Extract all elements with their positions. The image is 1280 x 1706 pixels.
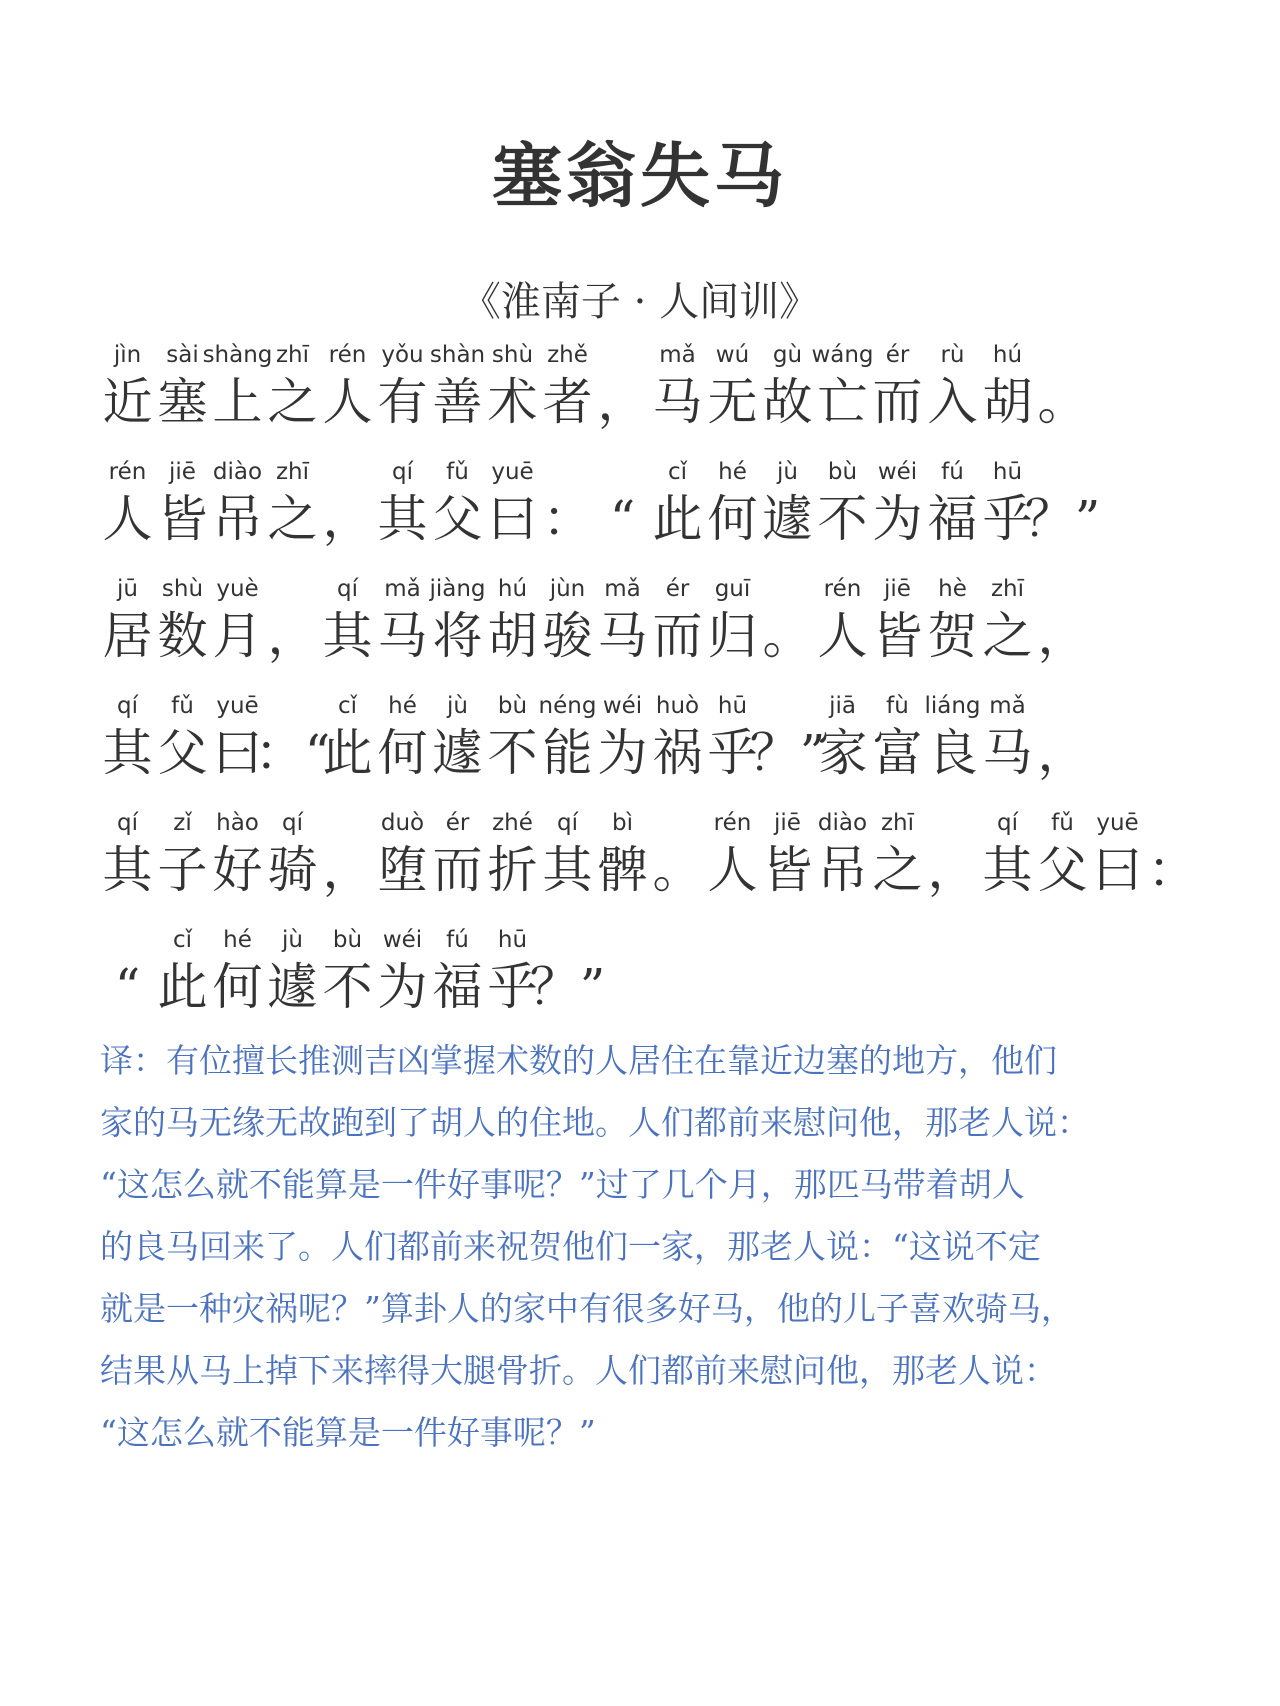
ruby-cell: wáng亡 [815, 338, 870, 432]
ruby-cell: yuē曰 [485, 455, 540, 549]
ruby-cell: diào吊 [815, 806, 870, 900]
pinyin: gù [773, 338, 802, 372]
pinyin: jiàng [429, 572, 485, 606]
hanzi: 吊 [213, 489, 263, 549]
hanzi: 良 [928, 723, 978, 783]
ruby-cell: ， [1035, 572, 1090, 666]
pinyin: zǐ [173, 806, 191, 840]
hanzi: 而 [873, 372, 923, 432]
hanzi: 曰 [1093, 840, 1143, 900]
hanzi: 亡 [818, 372, 868, 432]
hanzi: 何 [708, 489, 758, 549]
hanzi: 父 [158, 723, 208, 783]
ruby-cell: ， [320, 806, 375, 900]
hanzi: 月 [213, 606, 263, 666]
pinyin: shàn [430, 338, 485, 372]
hanzi: 遽 [763, 489, 813, 549]
hanzi: 遽 [433, 723, 483, 783]
pinyin: duò [381, 806, 424, 840]
hanzi: 吊 [818, 840, 868, 900]
hanzi: 家 [818, 723, 868, 783]
hanzi: 善 [433, 372, 483, 432]
ruby-cell: zhī之 [980, 572, 1035, 666]
ruby-cell: 。 [650, 806, 705, 900]
ruby-cell: jù遽 [265, 923, 320, 1017]
ruby-cell: rén人 [815, 572, 870, 666]
pinyin: hū [993, 455, 1022, 489]
hanzi: 富 [873, 723, 923, 783]
pinyin: wéi [603, 689, 642, 723]
pinyin: ér [886, 338, 910, 372]
pinyin: hé [388, 689, 417, 723]
hanzi: 其 [103, 840, 153, 900]
hanzi: 人 [103, 489, 153, 549]
hanzi: 不 [818, 489, 868, 549]
ruby-cell: zǐ子 [155, 806, 210, 900]
hanzi: ， [1038, 723, 1088, 783]
pinyin: wáng [811, 338, 873, 372]
pinyin: jiē [774, 806, 801, 840]
ruby-cell: zhě者 [540, 338, 595, 432]
hanzi: 折 [488, 840, 538, 900]
hanzi: 贺 [928, 606, 978, 666]
pinyin: cǐ [173, 923, 192, 957]
pinyin: qí [337, 572, 358, 606]
hanzi: 能 [543, 723, 593, 783]
hanzi: 曰 [488, 489, 538, 549]
hanzi: 故 [763, 372, 813, 432]
hanzi: 此 [323, 723, 373, 783]
hanzi: 马 [378, 606, 428, 666]
hanzi: 骑 [268, 840, 318, 900]
hanzi: 胡 [983, 372, 1033, 432]
pinyin: rén [329, 338, 367, 372]
ruby-cell: ， [595, 338, 650, 432]
pinyin: yǒu [381, 338, 423, 372]
translation-line: “这怎么就不能算是一件好事呢？” [100, 1402, 1190, 1464]
pinyin: fǔ [171, 689, 194, 723]
pinyin: fǔ [1051, 806, 1074, 840]
translation-line: 的良马回来了。人们都前来祝贺他们一家，那老人说：“这说不定 [100, 1216, 1190, 1278]
ruby-cell: ， [1035, 689, 1090, 783]
pinyin: hé [718, 455, 747, 489]
pinyin: diào [818, 806, 867, 840]
pinyin: diào [213, 455, 262, 489]
hanzi: ？” [750, 723, 826, 783]
hanzi: 髀 [598, 840, 648, 900]
hanzi: 马 [653, 372, 703, 432]
hanzi: 不 [488, 723, 538, 783]
hanzi: 遽 [268, 957, 318, 1017]
ruby-cell: ？” [1035, 455, 1090, 549]
pinyin: hū [718, 689, 747, 723]
hanzi: 马 [598, 606, 648, 666]
ruby-cell: fú福 [925, 455, 980, 549]
pinyin: hū [498, 923, 527, 957]
ruby-cell: shù术 [485, 338, 540, 432]
pinyin: hé [223, 923, 252, 957]
pinyin: bù [498, 689, 527, 723]
ruby-cell: qí其 [980, 806, 1035, 900]
ruby-cell: hé何 [375, 689, 430, 783]
hanzi: 其 [983, 840, 1033, 900]
ruby-cell: ， [265, 572, 320, 666]
hanzi: “ [610, 489, 636, 549]
ruby-cell: shàng上 [210, 338, 265, 432]
pinyin: hào [216, 806, 259, 840]
pinyin: jù [447, 689, 468, 723]
ruby-cell: qí其 [100, 689, 155, 783]
pinyin: zhī [881, 806, 914, 840]
hanzi: 堕 [378, 840, 428, 900]
ruby-cell: wéi为 [595, 689, 650, 783]
pinyin: fú [446, 923, 469, 957]
hanzi: 为 [378, 957, 428, 1017]
hanzi: 塞 [158, 372, 208, 432]
pinyin: qí [392, 455, 413, 489]
pinyin: mǎ [989, 689, 1026, 723]
translation-line: 结果从马上掉下来摔得大腿骨折。人们都前来慰问他，那老人说： [100, 1340, 1190, 1402]
hanzi: 之 [268, 372, 318, 432]
ruby-cell: jù遽 [430, 689, 485, 783]
hanzi: 居 [103, 606, 153, 666]
hanzi: 何 [378, 723, 428, 783]
hanzi: 近 [103, 372, 153, 432]
hanzi: 其 [378, 489, 428, 549]
hanzi: 入 [928, 372, 978, 432]
hanzi: 其 [543, 840, 593, 900]
ruby-cell: zhī之 [265, 455, 320, 549]
pinyin: jū [117, 572, 138, 606]
ruby-cell: “ [100, 923, 155, 1017]
ruby-cell: hè贺 [925, 572, 980, 666]
ruby-cell: liáng良 [925, 689, 980, 783]
pinyin: qí [282, 806, 303, 840]
pinyin: zhī [276, 338, 309, 372]
pinyin: jìn [114, 338, 141, 372]
hanzi: 之 [983, 606, 1033, 666]
ruby-cell: ， [925, 806, 980, 900]
ruby-cell: qí其 [320, 572, 375, 666]
ruby-cell: jiē皆 [760, 806, 815, 900]
pinyin: wéi [878, 455, 917, 489]
pinyin: fú [941, 455, 964, 489]
pinyin: bù [333, 923, 362, 957]
pinyin: ér [446, 806, 470, 840]
ruby-cell: bù不 [485, 689, 540, 783]
hanzi: 而 [433, 840, 483, 900]
ruby-cell: jū居 [100, 572, 155, 666]
hanzi: ？” [1025, 489, 1101, 549]
ruby-cell: wéi为 [375, 923, 430, 1017]
hanzi: 祸 [653, 723, 703, 783]
ruby-cell: gù故 [760, 338, 815, 432]
pinyin: yuē [491, 455, 533, 489]
pinyin: qí [117, 806, 138, 840]
pinyin: mǎ [384, 572, 421, 606]
hanzi: ？” [530, 957, 606, 1017]
ruby-cell: ？” [760, 689, 815, 783]
ruby-cell: cǐ此 [650, 455, 705, 549]
pinyin: bù [828, 455, 857, 489]
ruby-cell: bì髀 [595, 806, 650, 900]
ruby-cell: mǎ马 [980, 689, 1035, 783]
ruby-cell: ér而 [650, 572, 705, 666]
translation-line: 译：有位擅长推测吉凶掌握术数的人居住在靠近边塞的地方，他们 [100, 1030, 1190, 1092]
hanzi: ， [928, 840, 978, 900]
pinyin: jiē [169, 455, 196, 489]
ruby-cell: ， [320, 455, 375, 549]
ruby-line: qí其zǐ子hào好qí骑，duò堕ér而zhé折qí其bì髀。rén人jiē皆… [100, 806, 1200, 900]
ruby-cell: jiā家 [815, 689, 870, 783]
pinyin: yuē [216, 689, 258, 723]
ruby-cell: diào吊 [210, 455, 265, 549]
ruby-cell: qí其 [540, 806, 595, 900]
ruby-cell: “ [595, 455, 650, 549]
hanzi: 皆 [763, 840, 813, 900]
pinyin: rén [714, 806, 752, 840]
hanzi: 马 [983, 723, 1033, 783]
hanzi: 人 [818, 606, 868, 666]
ruby-cell: ： [1145, 806, 1200, 900]
hanzi: 为 [873, 489, 923, 549]
ruby-cell: jiē皆 [155, 455, 210, 549]
translation-line: 就是一种灾祸呢？”算卦人的家中有很多好马，他的儿子喜欢骑马， [100, 1278, 1190, 1340]
hanzi: ， [1038, 606, 1088, 666]
ruby-line: qí其fǔ父yuē曰：“cǐ此hé何jù遽bù不néng能wéi为huò祸hū乎… [100, 689, 1090, 783]
hanzi: 福 [928, 489, 978, 549]
pinyin: jù [282, 923, 303, 957]
pinyin: néng [539, 689, 597, 723]
pinyin: jù [777, 455, 798, 489]
hanzi: “ [115, 957, 141, 1017]
hanzi: 何 [213, 957, 263, 1017]
ruby-cell: rén人 [705, 806, 760, 900]
ruby-cell: jiē皆 [870, 572, 925, 666]
translation-line: 家的马无缘无故跑到了胡人的住地。人们都前来慰问他，那老人说： [100, 1092, 1190, 1154]
ruby-cell: bù不 [320, 923, 375, 1017]
ruby-cell: fù富 [870, 689, 925, 783]
ruby-cell: qí其 [100, 806, 155, 900]
hanzi: 好 [213, 840, 263, 900]
pinyin: ér [666, 572, 690, 606]
hanzi: 数 [158, 606, 208, 666]
pinyin: shù [492, 338, 533, 372]
pinyin: zhī [276, 455, 309, 489]
ruby-cell: zhé折 [485, 806, 540, 900]
hanzi: 。 [653, 840, 703, 900]
pinyin: hú [498, 572, 527, 606]
pinyin: yuè [216, 572, 258, 606]
hanzi: ： [1148, 840, 1198, 900]
pinyin: cǐ [338, 689, 357, 723]
pinyin: qí [117, 689, 138, 723]
ruby-cell: 。 [760, 572, 815, 666]
translation-block: 译：有位擅长推测吉凶掌握术数的人居住在靠近边塞的地方，他们 家的马无缘无故跑到了… [100, 1030, 1190, 1464]
ruby-cell: fǔ父 [430, 455, 485, 549]
hanzi: 归 [708, 606, 758, 666]
pinyin: qí [557, 806, 578, 840]
ruby-cell: rù入 [925, 338, 980, 432]
hanzi: ， [268, 606, 318, 666]
pinyin: huò [656, 689, 699, 723]
hanzi: 皆 [873, 606, 923, 666]
pinyin: rén [824, 572, 862, 606]
pinyin: rù [940, 338, 964, 372]
ruby-cell: hé何 [210, 923, 265, 1017]
ruby-cell: hé何 [705, 455, 760, 549]
pinyin: shàng [203, 338, 273, 372]
pinyin: shù [162, 572, 203, 606]
translation-line: “这怎么就不能算是一件好事呢？”过了几个月，那匹马带着胡人 [100, 1154, 1190, 1216]
hanzi: 人 [323, 372, 373, 432]
hanzi: 有 [378, 372, 428, 432]
ruby-cell: zhī之 [870, 806, 925, 900]
ruby-cell: yuè月 [210, 572, 265, 666]
pinyin: liáng [924, 689, 980, 723]
pinyin: hè [938, 572, 967, 606]
pinyin: fù [886, 689, 909, 723]
ruby-cell: shàn善 [430, 338, 485, 432]
ruby-cell: guī归 [705, 572, 760, 666]
pinyin: mǎ [604, 572, 641, 606]
pinyin: wéi [383, 923, 422, 957]
ruby-cell: wú无 [705, 338, 760, 432]
hanzi: 者 [543, 372, 593, 432]
hanzi: ， [598, 372, 648, 432]
ruby-cell: ： [540, 455, 595, 549]
pinyin: jiē [884, 572, 911, 606]
pinyin: jùn [550, 572, 586, 606]
pinyin: wú [716, 338, 749, 372]
hanzi: 。 [763, 606, 813, 666]
ruby-cell: hào好 [210, 806, 265, 900]
hanzi: 胡 [488, 606, 538, 666]
hanzi: 无 [708, 372, 758, 432]
hanzi: 而 [653, 606, 703, 666]
hanzi: 父 [433, 489, 483, 549]
ruby-cell: jìn近 [100, 338, 155, 432]
pinyin: bì [612, 806, 633, 840]
hanzi: 人 [708, 840, 758, 900]
ruby-cell: rén人 [100, 455, 155, 549]
ruby-cell: ？” [540, 923, 595, 1017]
ruby-cell: duò堕 [375, 806, 430, 900]
pinyin: jiā [829, 689, 856, 723]
source-subtitle: 《淮南子 · 人间训》 [0, 270, 1280, 327]
pinyin: sài [166, 338, 198, 372]
pinyin: yuē [1096, 806, 1138, 840]
hanzi: 术 [488, 372, 538, 432]
pinyin: guī [715, 572, 751, 606]
ruby-cell: 。 [1035, 338, 1090, 432]
ruby-cell: yuē曰 [1090, 806, 1145, 900]
ruby-cell: ：“ [265, 689, 320, 783]
ruby-line: rén人jiē皆diào吊zhī之，qí其fǔ父yuē曰：“cǐ此hé何jù遽b… [100, 455, 1090, 549]
pinyin: cǐ [668, 455, 687, 489]
ruby-cell: cǐ此 [320, 689, 375, 783]
ruby-cell: fú福 [430, 923, 485, 1017]
hanzi: 福 [433, 957, 483, 1017]
ruby-cell: jù遽 [760, 455, 815, 549]
ruby-cell: qí其 [375, 455, 430, 549]
pinyin: rén [109, 455, 147, 489]
pinyin: zhī [991, 572, 1024, 606]
hanzi: 骏 [543, 606, 593, 666]
hanzi: ： [543, 489, 593, 549]
hanzi: ， [323, 840, 373, 900]
ruby-cell: qí骑 [265, 806, 320, 900]
ruby-cell: jùn骏 [540, 572, 595, 666]
hanzi: 其 [323, 606, 373, 666]
ruby-line: jū居shù数yuè月，qí其mǎ马jiàng将hú胡jùn骏mǎ马ér而guī… [100, 572, 1090, 666]
hanzi: 皆 [158, 489, 208, 549]
hanzi: ， [323, 489, 373, 549]
pinyin: zhě [547, 338, 588, 372]
pinyin: mǎ [659, 338, 696, 372]
pinyin: zhé [492, 806, 533, 840]
ruby-cell: huò祸 [650, 689, 705, 783]
pinyin: hú [993, 338, 1022, 372]
ruby-cell: fǔ父 [155, 689, 210, 783]
ruby-cell: ér而 [430, 806, 485, 900]
ruby-cell: jiàng将 [430, 572, 485, 666]
ruby-cell: bù不 [815, 455, 870, 549]
ruby-cell: mǎ马 [650, 338, 705, 432]
ruby-cell: ér而 [870, 338, 925, 432]
hanzi: 将 [433, 606, 483, 666]
pinyin: qí [997, 806, 1018, 840]
ruby-cell: wéi为 [870, 455, 925, 549]
hanzi: 之 [268, 489, 318, 549]
hanzi: 此 [158, 957, 208, 1017]
hanzi: 此 [653, 489, 703, 549]
ruby-cell: mǎ马 [595, 572, 650, 666]
hanzi: 为 [598, 723, 648, 783]
ruby-cell: zhī之 [265, 338, 320, 432]
hanzi: 子 [158, 840, 208, 900]
hanzi: 不 [323, 957, 373, 1017]
hanzi: 。 [1038, 372, 1088, 432]
ruby-line: “cǐ此hé何jù遽bù不wéi为fú福hū乎？” [100, 923, 595, 1017]
ruby-cell: shù数 [155, 572, 210, 666]
ruby-cell: hú胡 [980, 338, 1035, 432]
hanzi: 父 [1038, 840, 1088, 900]
hanzi: 上 [213, 372, 263, 432]
ruby-cell: mǎ马 [375, 572, 430, 666]
ruby-line: jìn近sài塞shàng上zhī之rén人yǒu有shàn善shù术zhě者，… [100, 338, 1090, 432]
ruby-cell: rén人 [320, 338, 375, 432]
ruby-cell: hú胡 [485, 572, 540, 666]
hanzi: ：“ [255, 723, 331, 783]
ruby-cell: néng能 [540, 689, 595, 783]
hanzi: 之 [873, 840, 923, 900]
hanzi: 其 [103, 723, 153, 783]
ruby-cell: yǒu有 [375, 338, 430, 432]
ruby-cell: fǔ父 [1035, 806, 1090, 900]
page-title: 塞翁失马 [0, 120, 1280, 221]
ruby-cell: cǐ此 [155, 923, 210, 1017]
pinyin: fǔ [446, 455, 469, 489]
